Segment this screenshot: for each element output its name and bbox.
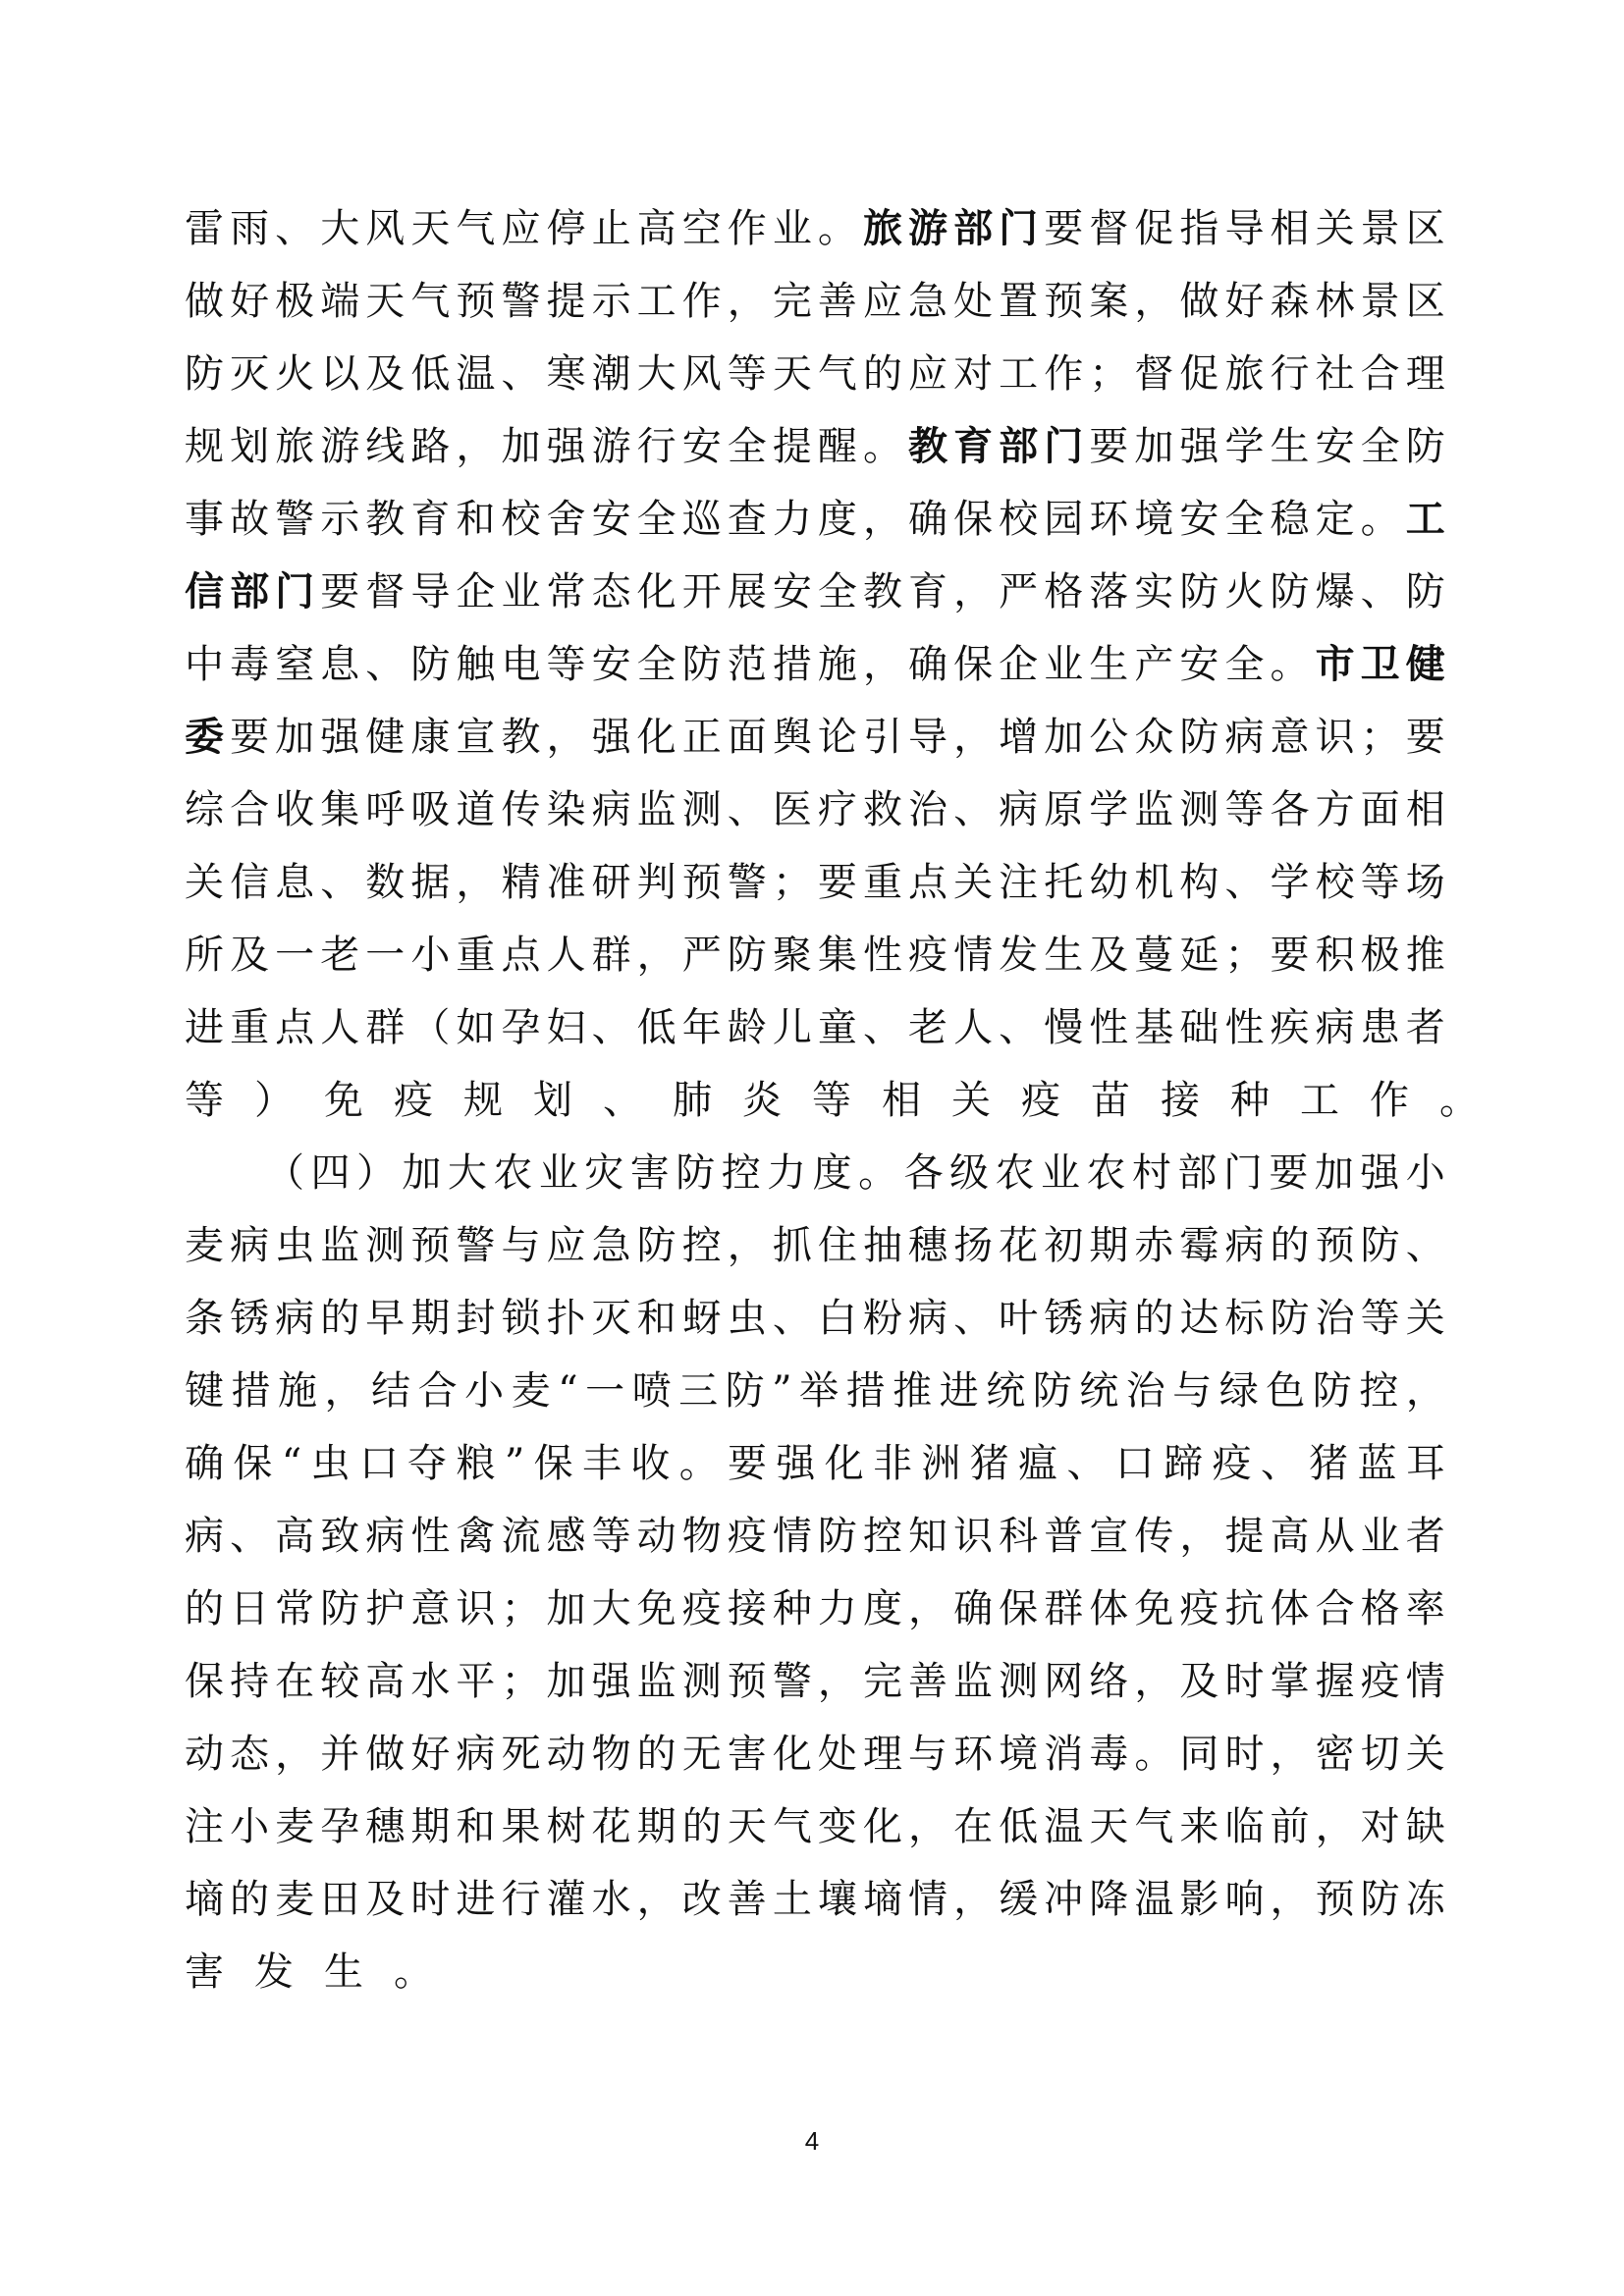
char: 和 bbox=[456, 1802, 495, 1875]
char: 病 bbox=[365, 1512, 405, 1584]
char: 。 bbox=[863, 422, 902, 495]
char: 气 bbox=[1134, 1802, 1173, 1875]
char: 防 bbox=[682, 640, 722, 713]
char: 同 bbox=[1179, 1730, 1218, 1802]
char: 措 bbox=[232, 1366, 271, 1439]
char: 教 bbox=[501, 713, 540, 785]
char: 标 bbox=[1224, 1294, 1264, 1366]
char: 防 bbox=[1313, 1366, 1352, 1439]
char: 寒 bbox=[547, 349, 586, 422]
char: 降 bbox=[1089, 1875, 1128, 1948]
char: 扬 bbox=[953, 1221, 993, 1294]
char: 。 bbox=[1361, 495, 1400, 567]
char: 等 bbox=[1224, 785, 1264, 858]
char: 性 bbox=[410, 1512, 450, 1584]
char: 好 bbox=[410, 1730, 450, 1802]
char: 舆 bbox=[773, 713, 812, 785]
char: ， bbox=[818, 1657, 857, 1730]
char: 判 bbox=[637, 858, 677, 931]
char: 天 bbox=[728, 1802, 767, 1875]
char: 数 bbox=[365, 858, 405, 931]
char: 合 bbox=[418, 1366, 458, 1439]
char: 期 bbox=[1089, 1221, 1128, 1294]
char: 墒 bbox=[185, 1875, 224, 1948]
char: 警 bbox=[728, 858, 767, 931]
char: 绿 bbox=[1219, 1366, 1259, 1439]
char: 在 bbox=[953, 1802, 993, 1875]
char: 相 bbox=[882, 1076, 921, 1148]
char: 测 bbox=[682, 785, 722, 858]
char: 康 bbox=[410, 713, 450, 785]
char: 线 bbox=[365, 422, 405, 495]
char: 及 bbox=[365, 349, 405, 422]
char: 加 bbox=[501, 422, 540, 495]
char: （ bbox=[410, 1003, 450, 1076]
char: 巡 bbox=[682, 495, 722, 567]
char: 抓 bbox=[773, 1221, 812, 1294]
char: 游 bbox=[320, 422, 359, 495]
char: 炎 bbox=[742, 1076, 782, 1148]
char: 、 bbox=[275, 204, 314, 277]
char: 防 bbox=[1271, 1294, 1310, 1366]
bold-char: 门 bbox=[275, 567, 314, 640]
char: ， bbox=[456, 422, 495, 495]
char: 园 bbox=[1044, 495, 1083, 567]
char: 防 bbox=[676, 1148, 715, 1221]
char: 来 bbox=[1179, 1802, 1218, 1875]
char: 严 bbox=[682, 931, 722, 1003]
char: 麦 bbox=[275, 1875, 314, 1948]
char: 增 bbox=[999, 713, 1038, 785]
char: 各 bbox=[1271, 785, 1310, 858]
char: 施 bbox=[818, 640, 857, 713]
char: ） bbox=[356, 1148, 396, 1221]
char: 生 bbox=[1271, 422, 1310, 495]
char: 信 bbox=[230, 858, 269, 931]
char: 粉 bbox=[863, 1294, 902, 1366]
char: 作 bbox=[728, 204, 767, 277]
char: 农 bbox=[1086, 1148, 1125, 1221]
char: 、 bbox=[728, 785, 767, 858]
char: 救 bbox=[863, 785, 902, 858]
char: 高 bbox=[1271, 1512, 1310, 1584]
char: 吸 bbox=[410, 785, 450, 858]
text-line: 麦病虫监测预警与应急防控，抓住抽穗扬花初期赤霉病的预防、 bbox=[185, 1221, 1445, 1294]
char: 治 bbox=[908, 785, 947, 858]
char: 强 bbox=[592, 713, 631, 785]
char: 积 bbox=[1316, 931, 1355, 1003]
char: 冻 bbox=[1406, 1875, 1445, 1948]
char: 导 bbox=[410, 567, 450, 640]
char: 测 bbox=[682, 1657, 722, 1730]
char: 人 bbox=[547, 931, 586, 1003]
char: 全 bbox=[1224, 640, 1264, 713]
char: 行 bbox=[637, 422, 677, 495]
char: 及 bbox=[365, 1875, 405, 1948]
char: ， bbox=[637, 1875, 677, 1948]
char: 瘟 bbox=[1018, 1439, 1057, 1512]
char: 如 bbox=[456, 1003, 495, 1076]
char: 应 bbox=[547, 1221, 586, 1294]
char: 警 bbox=[773, 1657, 812, 1730]
bold-char: 工 bbox=[1406, 495, 1445, 567]
char: 土 bbox=[773, 1875, 812, 1948]
char: 强 bbox=[1179, 422, 1218, 495]
char: 提 bbox=[547, 277, 586, 349]
text-line: 关信息、数据，精准研判预警；要重点关注托幼机构、学校等场 bbox=[185, 858, 1445, 931]
bold-char: 委 bbox=[185, 713, 224, 785]
char: ， bbox=[1406, 1366, 1445, 1439]
char: 小 bbox=[230, 1802, 269, 1875]
text-line: 中毒窒息、防触电等安全防范措施，确保企业生产安全。市卫健 bbox=[185, 640, 1445, 713]
char: 护 bbox=[365, 1584, 405, 1657]
char: 应 bbox=[863, 277, 902, 349]
bold-char: 部 bbox=[953, 204, 993, 277]
char: 置 bbox=[999, 277, 1038, 349]
char: 识 bbox=[953, 1512, 993, 1584]
char: ， bbox=[1271, 1730, 1310, 1802]
char: 害 bbox=[728, 1730, 767, 1802]
char: 病 bbox=[1224, 713, 1264, 785]
char: 气 bbox=[773, 1802, 812, 1875]
char: 推 bbox=[893, 1366, 932, 1439]
char: 风 bbox=[365, 204, 405, 277]
char: 丰 bbox=[582, 1439, 622, 1512]
char: 叶 bbox=[999, 1294, 1038, 1366]
char: 的 bbox=[637, 1730, 677, 1802]
char: 加 bbox=[547, 1584, 586, 1657]
char: 体 bbox=[1089, 1584, 1128, 1657]
char: 温 bbox=[1134, 1875, 1173, 1948]
char: 合 bbox=[1316, 1584, 1355, 1657]
char: 确 bbox=[185, 1439, 224, 1512]
char: 性 bbox=[1089, 1003, 1128, 1076]
char: 各 bbox=[904, 1148, 944, 1221]
char: 业 bbox=[501, 567, 540, 640]
char: 扑 bbox=[547, 1294, 586, 1366]
char: 保 bbox=[999, 1584, 1038, 1657]
char: 毒 bbox=[1089, 1730, 1128, 1802]
char: 善 bbox=[818, 277, 857, 349]
char: ； bbox=[501, 1584, 540, 1657]
char: 监 bbox=[637, 1657, 677, 1730]
char: 区 bbox=[1406, 277, 1445, 349]
char: 群 bbox=[365, 1003, 405, 1076]
char: 虫 bbox=[728, 1294, 767, 1366]
char: 赤 bbox=[1134, 1221, 1173, 1294]
char: 控 bbox=[1359, 1366, 1398, 1439]
char: 路 bbox=[410, 422, 450, 495]
char: 境 bbox=[999, 1730, 1038, 1802]
char: 老 bbox=[908, 1003, 947, 1076]
char: 灭 bbox=[230, 349, 269, 422]
char: 缓 bbox=[999, 1875, 1038, 1948]
char: 安 bbox=[592, 495, 631, 567]
char: 墒 bbox=[863, 1875, 902, 1948]
char: 完 bbox=[773, 277, 812, 349]
char: 疫 bbox=[1021, 1076, 1060, 1148]
char: 电 bbox=[501, 640, 540, 713]
char: 并 bbox=[320, 1730, 359, 1802]
char: 握 bbox=[1316, 1657, 1355, 1730]
char: 大 bbox=[320, 204, 359, 277]
char: 蹄 bbox=[1164, 1439, 1203, 1512]
char: 托 bbox=[1044, 858, 1083, 931]
char: ， bbox=[275, 1730, 314, 1802]
char: 预 bbox=[728, 1657, 767, 1730]
char: 格 bbox=[1044, 567, 1083, 640]
char: 学 bbox=[1271, 858, 1310, 931]
char: 防 bbox=[1406, 422, 1445, 495]
char: 穗 bbox=[908, 1221, 947, 1294]
char: 区 bbox=[1406, 204, 1445, 277]
char: 、 bbox=[365, 640, 405, 713]
char: 预 bbox=[410, 1221, 450, 1294]
char: 田 bbox=[320, 1875, 359, 1948]
char: 蚜 bbox=[682, 1294, 722, 1366]
char: 耳 bbox=[1406, 1439, 1445, 1512]
char: 孕 bbox=[320, 1802, 359, 1875]
char: 猪 bbox=[1309, 1439, 1348, 1512]
char: 发 bbox=[999, 931, 1038, 1003]
char: 格 bbox=[1361, 1584, 1400, 1657]
char: 、 bbox=[592, 1003, 631, 1076]
char: 大 bbox=[637, 349, 677, 422]
char: 化 bbox=[863, 1802, 902, 1875]
char: 医 bbox=[773, 785, 812, 858]
char: 气 bbox=[818, 349, 857, 422]
char: 性 bbox=[863, 931, 902, 1003]
char: 影 bbox=[1179, 1875, 1218, 1948]
char: 时 bbox=[1224, 1657, 1264, 1730]
char: 和 bbox=[456, 495, 495, 567]
char: 理 bbox=[1406, 349, 1445, 422]
char: 幼 bbox=[1089, 858, 1128, 931]
char: 监 bbox=[1134, 785, 1173, 858]
char: 促 bbox=[1179, 349, 1218, 422]
char: 措 bbox=[846, 1366, 886, 1439]
char: 免 bbox=[324, 1076, 363, 1148]
char: ， bbox=[1316, 1802, 1355, 1875]
char: 和 bbox=[637, 1294, 677, 1366]
char: 老 bbox=[320, 931, 359, 1003]
char: 醒 bbox=[818, 422, 857, 495]
char: ， bbox=[456, 858, 495, 931]
char: 急 bbox=[592, 1221, 631, 1294]
char: 化 bbox=[825, 1439, 864, 1512]
char: 一 bbox=[585, 1366, 624, 1439]
char: 应 bbox=[908, 349, 947, 422]
char: 、 bbox=[501, 349, 540, 422]
char: 进 bbox=[456, 1875, 495, 1948]
char: 麦 bbox=[512, 1366, 551, 1439]
char: 全 bbox=[818, 567, 857, 640]
char: 要 bbox=[1406, 713, 1445, 785]
char: ， bbox=[1134, 1657, 1173, 1730]
char: 人 bbox=[953, 1003, 993, 1076]
char: 化 bbox=[773, 1730, 812, 1802]
char: 力 bbox=[767, 1148, 806, 1221]
char: 穗 bbox=[365, 1802, 405, 1875]
text-line: 动态，并做好病死动物的无害化处理与环境消毒。同时，密切关 bbox=[185, 1730, 1445, 1802]
char: 防 bbox=[1271, 567, 1310, 640]
char: 、 bbox=[320, 858, 359, 931]
char: 日 bbox=[230, 1584, 269, 1657]
char: 进 bbox=[185, 1003, 224, 1076]
char: 病 bbox=[592, 785, 631, 858]
char: 粮 bbox=[457, 1439, 496, 1512]
char: 范 bbox=[728, 640, 767, 713]
char: 网 bbox=[1044, 1657, 1083, 1730]
char: 物 bbox=[592, 1730, 631, 1802]
char: 善 bbox=[908, 1657, 947, 1730]
char: 稳 bbox=[1271, 495, 1310, 567]
char: 控 bbox=[722, 1148, 761, 1221]
char: 环 bbox=[953, 1730, 993, 1802]
char: 疗 bbox=[818, 785, 857, 858]
char: ， bbox=[637, 931, 677, 1003]
char: 妇 bbox=[547, 1003, 586, 1076]
char: 机 bbox=[1134, 858, 1173, 931]
char: 督 bbox=[365, 567, 405, 640]
char: 蓝 bbox=[1358, 1439, 1397, 1512]
char: 划 bbox=[533, 1076, 572, 1148]
char: 育 bbox=[908, 567, 947, 640]
char: 防 bbox=[1361, 1875, 1400, 1948]
char: 种 bbox=[773, 1584, 812, 1657]
char: 息 bbox=[275, 858, 314, 931]
char: 意 bbox=[1271, 713, 1310, 785]
char: 疫 bbox=[682, 1584, 722, 1657]
text-line: 等）免疫规划、肺炎等相关疫苗接种工作。 bbox=[185, 1076, 1445, 1148]
char: 理 bbox=[863, 1730, 902, 1802]
char: 故 bbox=[230, 495, 269, 567]
char: 防 bbox=[410, 640, 450, 713]
char: 平 bbox=[456, 1657, 495, 1730]
char: 时 bbox=[1224, 1730, 1264, 1802]
char: 动 bbox=[637, 1512, 677, 1584]
char: 做 bbox=[1179, 277, 1218, 349]
char: 防 bbox=[1033, 1366, 1072, 1439]
char: 预 bbox=[456, 277, 495, 349]
bold-char: 旅 bbox=[863, 204, 902, 277]
bold-char: 门 bbox=[999, 204, 1038, 277]
char: 力 bbox=[773, 495, 812, 567]
char: 初 bbox=[1044, 1221, 1083, 1294]
char: 构 bbox=[1179, 858, 1218, 931]
char: ， bbox=[1271, 1875, 1310, 1948]
text-line: 雷雨、大风天气应停止高空作业。旅游部门要督促指导相关景区 bbox=[185, 204, 1445, 277]
char: 一 bbox=[275, 931, 314, 1003]
char: 宣 bbox=[1089, 1512, 1128, 1584]
char: 安 bbox=[682, 422, 722, 495]
char: 。 bbox=[394, 1948, 433, 2020]
char: 害 bbox=[630, 1148, 670, 1221]
char: 强 bbox=[592, 1657, 631, 1730]
char: 防 bbox=[320, 1584, 359, 1657]
char: 加 bbox=[1044, 713, 1083, 785]
text-line: 注小麦孕穗期和果树花期的天气变化，在低温天气来临前，对缺 bbox=[185, 1802, 1445, 1875]
char: 响 bbox=[1224, 1875, 1264, 1948]
char: 门 bbox=[1223, 1148, 1263, 1221]
char: 的 bbox=[682, 1802, 722, 1875]
text-line: 事故警示教育和校舍安全巡查力度，确保校园环境安全稳定。工 bbox=[185, 495, 1445, 567]
char: 期 bbox=[410, 1294, 450, 1366]
char: 方 bbox=[1316, 785, 1355, 858]
bold-char: 育 bbox=[953, 422, 993, 495]
char: 情 bbox=[773, 1512, 812, 1584]
char: 集 bbox=[818, 931, 857, 1003]
char: 准 bbox=[547, 858, 586, 931]
char: 天 bbox=[365, 277, 405, 349]
char: 工 bbox=[1300, 1076, 1339, 1148]
char: 童 bbox=[818, 1003, 857, 1076]
char: 行 bbox=[1271, 349, 1310, 422]
char: 潮 bbox=[592, 349, 631, 422]
char: 天 bbox=[1089, 1802, 1128, 1875]
char: 病 bbox=[456, 1730, 495, 1802]
char: 正 bbox=[682, 713, 722, 785]
char: ， bbox=[908, 1802, 947, 1875]
char: 工 bbox=[999, 349, 1038, 422]
char: 住 bbox=[818, 1221, 857, 1294]
char: 加 bbox=[275, 713, 314, 785]
char: 水 bbox=[592, 1875, 631, 1948]
char: 完 bbox=[863, 1657, 902, 1730]
char: 防 bbox=[728, 931, 767, 1003]
char: 防 bbox=[1179, 713, 1218, 785]
char: 霉 bbox=[1179, 1221, 1218, 1294]
char: 村 bbox=[1132, 1148, 1171, 1221]
char: 极 bbox=[1361, 931, 1400, 1003]
char: 治 bbox=[1316, 1294, 1355, 1366]
text-line: 害发生。 bbox=[185, 1948, 1445, 2020]
char: 达 bbox=[1179, 1294, 1218, 1366]
char: 部 bbox=[1177, 1148, 1217, 1221]
char: 导 bbox=[908, 713, 947, 785]
char: 止 bbox=[592, 204, 631, 277]
char: 花 bbox=[592, 1802, 631, 1875]
char: 、 bbox=[953, 785, 993, 858]
char: 关 bbox=[1316, 204, 1355, 277]
char: 精 bbox=[501, 858, 540, 931]
char: 蔓 bbox=[1134, 931, 1173, 1003]
char: 的 bbox=[185, 1584, 224, 1657]
char: 疫 bbox=[1179, 1584, 1218, 1657]
char: 校 bbox=[501, 495, 540, 567]
char: 普 bbox=[1044, 1512, 1083, 1584]
char: 低 bbox=[637, 1003, 677, 1076]
char: 灾 bbox=[584, 1148, 623, 1221]
char: 据 bbox=[410, 858, 450, 931]
char: 情 bbox=[908, 1875, 947, 1948]
char: 加 bbox=[1134, 422, 1173, 495]
char: 统 bbox=[1079, 1366, 1118, 1439]
char: 健 bbox=[365, 713, 405, 785]
char: 水 bbox=[410, 1657, 450, 1730]
char: 、 bbox=[999, 1003, 1038, 1076]
char: 冲 bbox=[1044, 1875, 1083, 1948]
char: 条 bbox=[185, 1294, 224, 1366]
char: 防 bbox=[1179, 567, 1218, 640]
char: 雷 bbox=[185, 204, 224, 277]
char: 儿 bbox=[773, 1003, 812, 1076]
text-line: 条锈病的早期封锁扑灭和蚜虫、白粉病、叶锈病的达标防治等关 bbox=[185, 1294, 1445, 1366]
char: 加 bbox=[547, 1657, 586, 1730]
char: 监 bbox=[637, 785, 677, 858]
char: 洲 bbox=[921, 1439, 960, 1512]
char: 全 bbox=[1361, 422, 1400, 495]
